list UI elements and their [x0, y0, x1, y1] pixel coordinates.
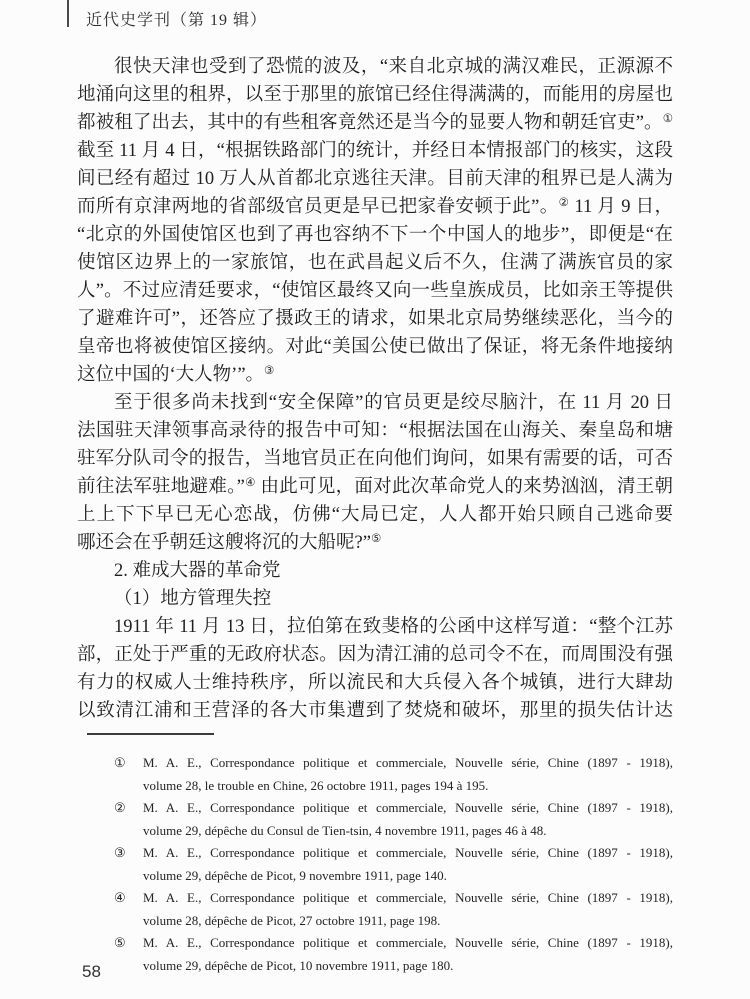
- header-divider-bar: [67, 0, 69, 27]
- footnote-number: ③: [114, 842, 143, 887]
- footnote-line: volume 29, dépêche de Picot, 9 novembre …: [143, 865, 673, 888]
- text-line: 皇帝也将被使馆区接纳。对此“美国公使已做出了保证，将无条件地接纳: [77, 333, 673, 361]
- text-line: 哪还会在乎朝廷这艘将沉的大船呢?”⑤: [77, 529, 673, 557]
- page-number: 58: [82, 962, 101, 982]
- paragraph: 很快天津也受到了恐慌的波及，“来自北京城的满汉难民，正源源不断地涌向这里的租界，…: [77, 53, 673, 389]
- footnote-line: volume 28, le trouble en Chine, 26 octob…: [143, 775, 673, 798]
- footnote-item: ④M. A. E., Correspondance politique et c…: [77, 887, 673, 932]
- text-line: 使馆区边界上的一家旅馆，也在武昌起义后不久，住满了满族官员的家: [77, 249, 673, 277]
- footnote-ref-marker: ①: [663, 113, 673, 125]
- text-line: 截至 11 月 4 日，“根据铁路部门的统计，并经日本情报部门的核实，这段时: [77, 137, 673, 165]
- footnote-text: M. A. E., Correspondance politique et co…: [143, 752, 673, 797]
- text-line: 上上下下早已无心恋战，仿佛“大局已定，人人都开始只顾自己逃命要紧，: [77, 501, 673, 529]
- paragraph: 至于很多尚未找到“安全保障”的官员更是绞尽脑汁，在 11 月 20 日法国驻天津…: [77, 389, 673, 557]
- journal-running-head: 近代史学刊（第 19 辑）: [86, 7, 267, 30]
- section-heading: （1）地方管理失控: [77, 585, 673, 613]
- text-line: （1）地方管理失控: [77, 585, 673, 613]
- footnote-number: ②: [114, 797, 143, 842]
- text-line: 前往法军驻地避难。”④ 由此可见，面对此次革命党人的来势汹汹，清王朝: [77, 473, 673, 501]
- footnote-text: M. A. E., Correspondance politique et co…: [143, 932, 673, 977]
- footnote-line: M. A. E., Correspondance politique et co…: [143, 752, 673, 775]
- footnote-item: ①M. A. E., Correspondance politique et c…: [77, 752, 673, 797]
- footnotes: ①M. A. E., Correspondance politique et c…: [77, 752, 673, 977]
- book-page: 近代史学刊（第 19 辑） 很快天津也受到了恐慌的波及，“来自北京城的满汉难民，…: [0, 0, 750, 999]
- text-line: 部，正处于严重的无政府状态。因为清江浦的总司令不在，而周围没有强: [77, 641, 673, 669]
- footnote-ref-marker: ④: [245, 477, 256, 489]
- footnote-number: ④: [114, 887, 143, 932]
- footnote-separator: [87, 733, 214, 735]
- text-line: 人”。不过应清廷要求，“使馆区最终又向一些皇族成员，比如亲王等提供: [77, 277, 673, 305]
- footnote-line: M. A. E., Correspondance politique et co…: [143, 932, 673, 955]
- text-line: 法国驻天津领事高录待的报告中可知：“根据法国在山海关、秦皇岛和塘沽: [77, 417, 673, 445]
- text-line: 这位中国的‘大人物’”。③: [77, 361, 673, 389]
- footnote-line: volume 29, dépêche de Picot, 10 novembre…: [143, 955, 673, 978]
- text-line: 地涌向这里的租界，以至于那里的旅馆已经住得满满的，而能用的房屋也: [77, 81, 673, 109]
- footnote-line: volume 28, dépêche de Picot, 27 octobre …: [143, 910, 673, 933]
- footnote-item: ③M. A. E., Correspondance politique et c…: [77, 842, 673, 887]
- text-line: 1911 年 11 月 13 日，拉伯第在致斐格的公函中这样写道：“整个江苏北: [77, 613, 673, 641]
- footnote-ref-marker: ③: [264, 365, 274, 377]
- footnote-ref-marker: ⑤: [371, 533, 381, 545]
- footnote-number: ⑤: [114, 932, 143, 977]
- text-line: 都被租了出去，其中的有些租客竟然还是当今的显要人物和朝廷官吏”。①: [77, 109, 673, 137]
- text-line: 而所有京津两地的省部级官员更是早已把家眷安顿于此”。② 11 月 9 日，连: [77, 193, 673, 221]
- text-line: 驻军分队司令的报告，当地官员正在向他们询问，如果有需要的话，可否: [77, 445, 673, 473]
- footnote-ref-marker: ②: [559, 197, 570, 209]
- text-line: 至于很多尚未找到“安全保障”的官员更是绞尽脑汁，在 11 月 20 日: [77, 389, 673, 417]
- footnote-line: M. A. E., Correspondance politique et co…: [143, 842, 673, 865]
- paragraph: 1911 年 11 月 13 日，拉伯第在致斐格的公函中这样写道：“整个江苏北部…: [77, 613, 673, 725]
- footnote-line: volume 29, dépêche du Consul de Tien-tsi…: [143, 820, 673, 843]
- text-line: 有力的权威人士维持秩序，所以流民和大兵侵入各个城镇，进行大肆劫掠，: [77, 669, 673, 697]
- text-line: 2. 难成大器的革命党: [77, 557, 673, 585]
- footnote-text: M. A. E., Correspondance politique et co…: [143, 887, 673, 932]
- section-heading: 2. 难成大器的革命党: [77, 557, 673, 585]
- footnote-text: M. A. E., Correspondance politique et co…: [143, 797, 673, 842]
- text-line: 很快天津也受到了恐慌的波及，“来自北京城的满汉难民，正源源不断: [77, 53, 673, 81]
- footnote-item: ⑤M. A. E., Correspondance politique et c…: [77, 932, 673, 977]
- text-line: “北京的外国使馆区也到了再也容纳不下一个中国人的地步”，即便是“在: [77, 221, 673, 249]
- footnote-number: ①: [114, 752, 143, 797]
- footnote-line: M. A. E., Correspondance politique et co…: [143, 797, 673, 820]
- text-line: 了避难许可”，还答应了摄政王的请求，如果北京局势继续恶化，当今的小: [77, 305, 673, 333]
- footnote-text: M. A. E., Correspondance politique et co…: [143, 842, 673, 887]
- body-text: 很快天津也受到了恐慌的波及，“来自北京城的满汉难民，正源源不断地涌向这里的租界，…: [77, 53, 673, 977]
- footnote-line: M. A. E., Correspondance politique et co…: [143, 887, 673, 910]
- text-line: 间已经有超过 10 万人从首都北京逃往天津。目前天津的租界已是人满为患，: [77, 165, 673, 193]
- text-line: 以致清江浦和王营泽的各大市集遭到了焚烧和破坏，那里的损失估计达 400: [77, 697, 673, 725]
- footnote-item: ②M. A. E., Correspondance politique et c…: [77, 797, 673, 842]
